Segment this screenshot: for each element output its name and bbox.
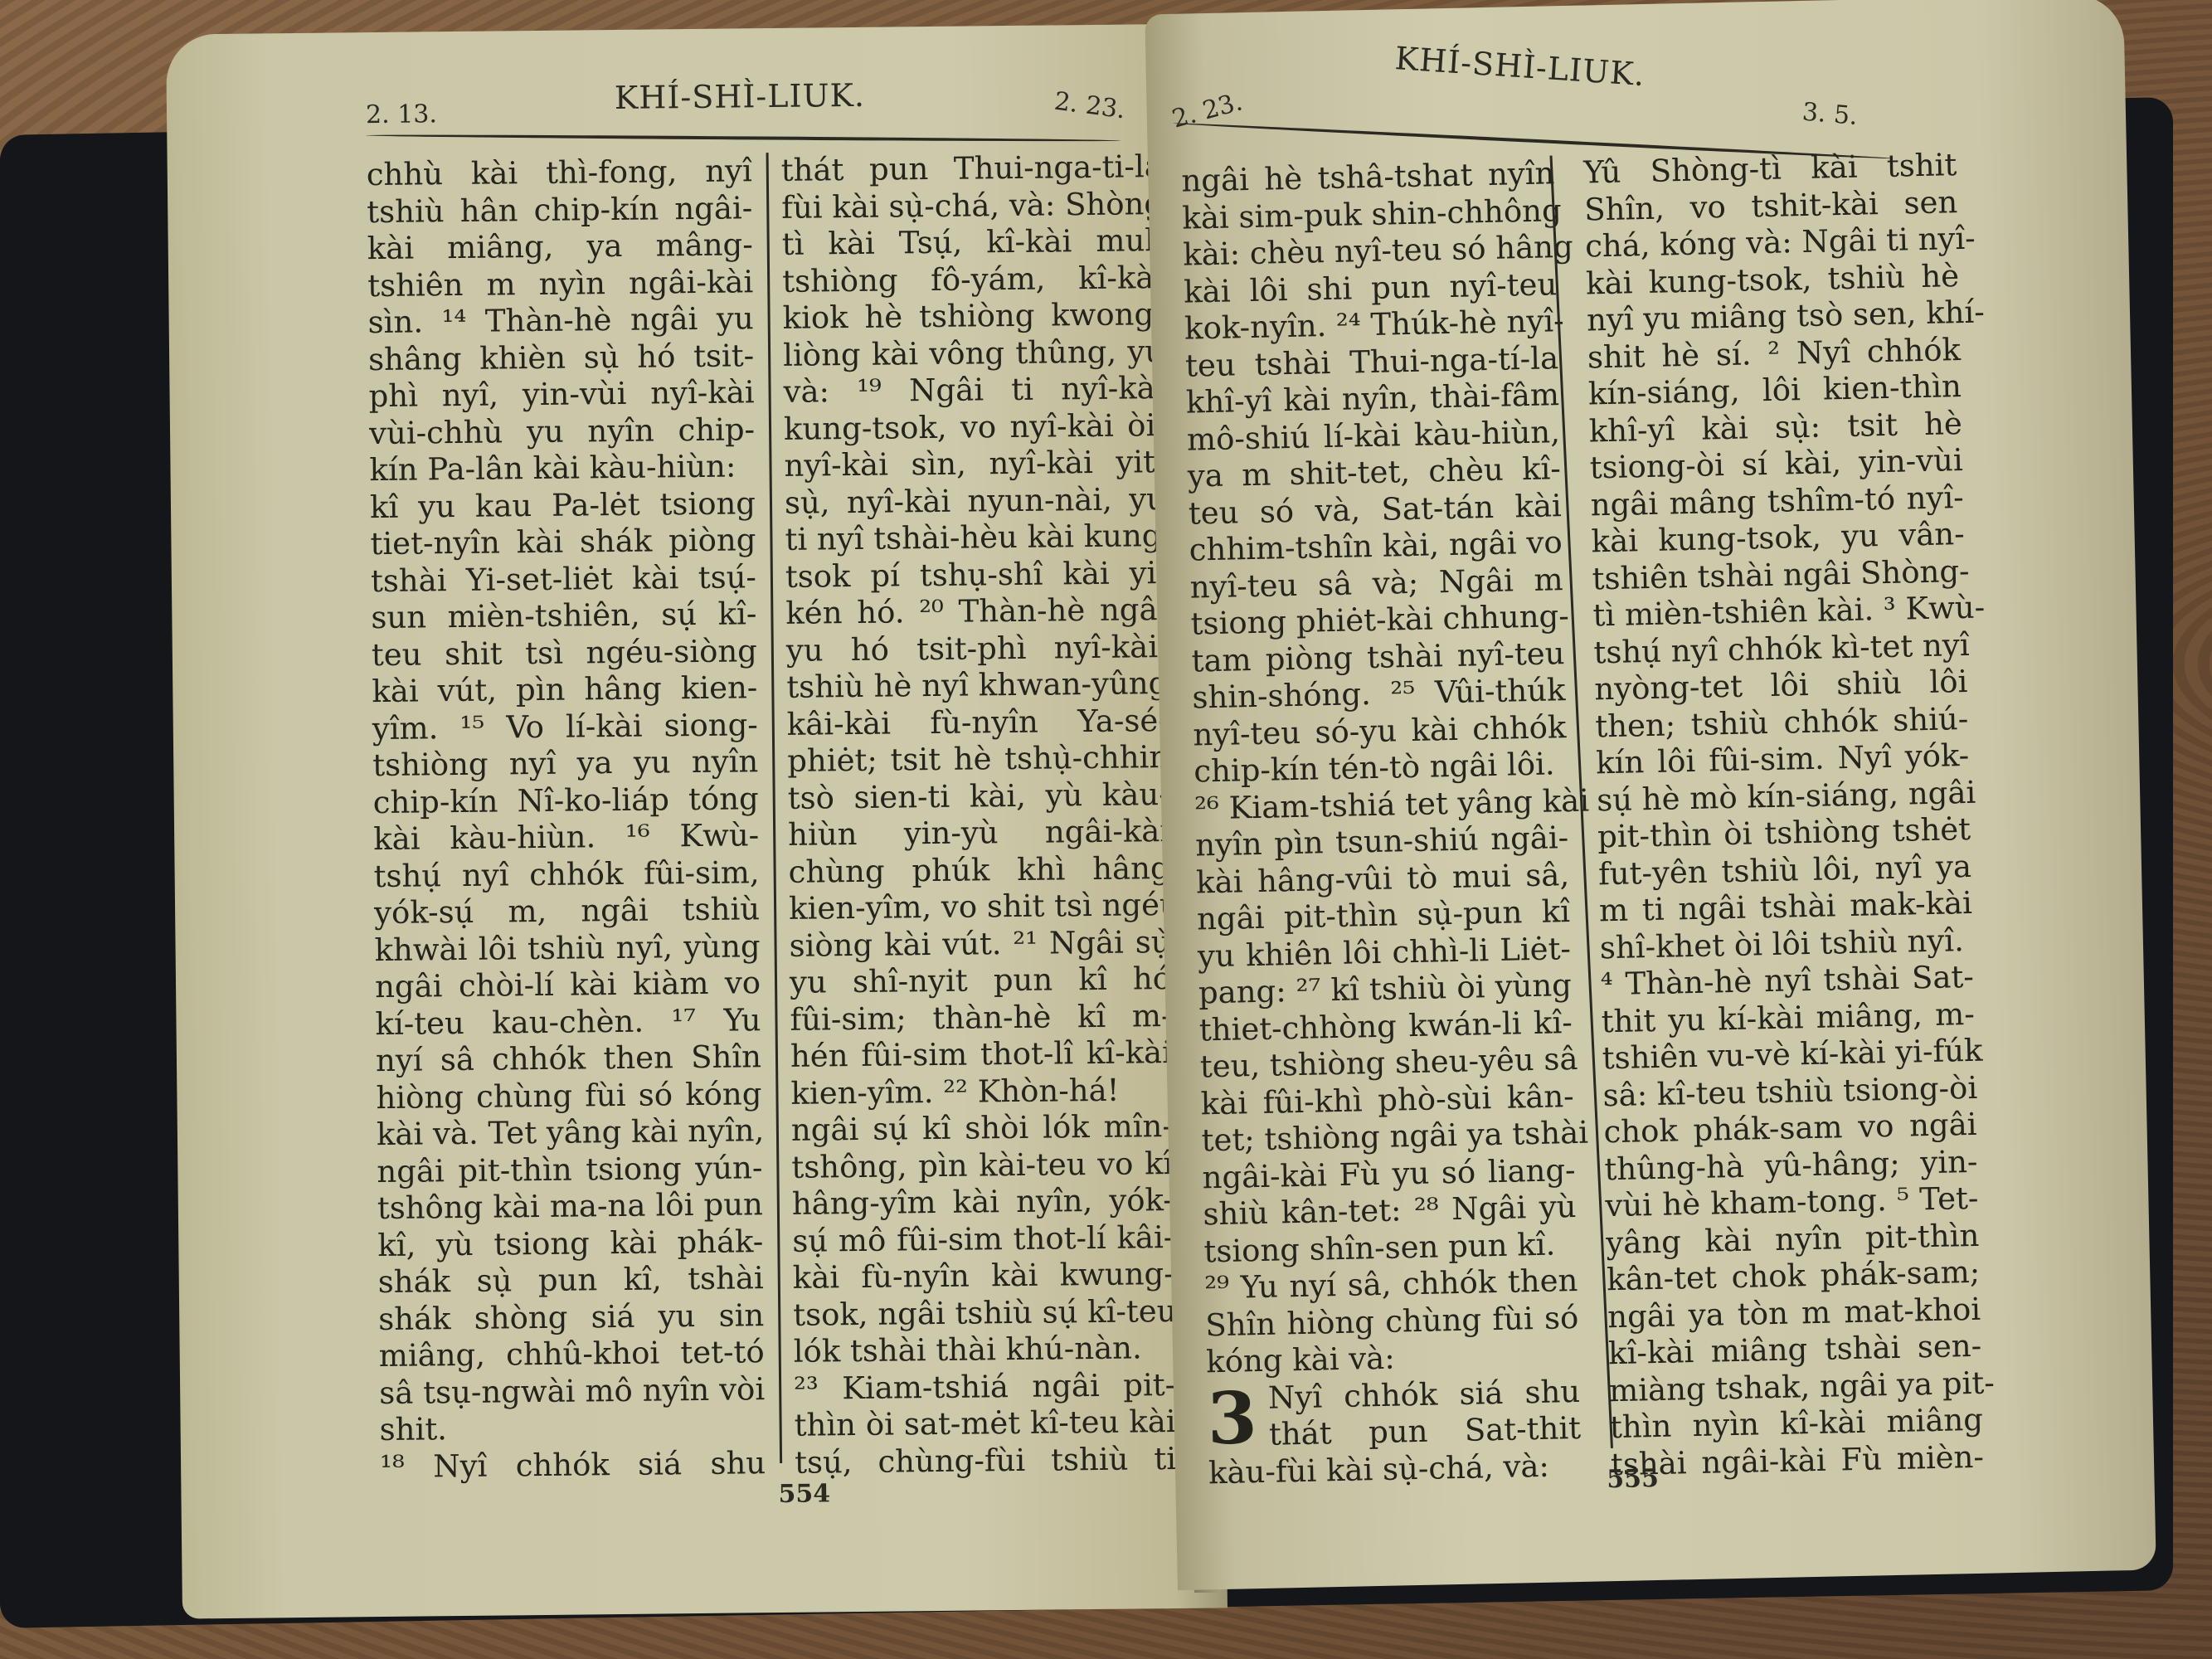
chapter-number: 3 (1207, 1385, 1258, 1452)
right-page-column-1: ngâi hè tshâ-tshat nyînkài sim-puk shin-… (1181, 155, 1582, 1491)
left-page-column-2: thát pun Thui-nga-ti-lafùi kài sụ̀-chá, … (781, 148, 1177, 1481)
text-line: phiėt; tsit hè tshụ̀-chhin (787, 739, 1169, 780)
text-line: tiet-nyîn kài shák piòng (370, 522, 756, 562)
left-page-column-1: chhù kài thì-fong, nyîtshiù hân chip-kín… (367, 153, 766, 1486)
text-line: kài fù-nyîn kài kwung- (793, 1256, 1174, 1297)
text-line: kî yu kau Pa-lėt tsiong (370, 485, 756, 526)
text-line: vùi-chhù yu nyîn chip- (369, 411, 755, 452)
text-line: sụ́ mô fûi-sim thot-lí kâi- (792, 1219, 1174, 1260)
running-title-left: KHÍ-SHÌ-LIUK. (615, 77, 866, 116)
text-line: kung-tsok, vo nyî-kài òi, (784, 407, 1165, 448)
text-line: kí-teu kau-chèn. ¹⁷ Yu (375, 1002, 761, 1043)
text-line: yu hó tsit-phì nyî-kài, (786, 629, 1168, 669)
left-page-ref-end: 2. 23. (1053, 87, 1127, 125)
text-line: shák sụ̀ pun kî, tshài (378, 1260, 764, 1301)
text-line: tshiù hân chip-kín ngâi- (367, 190, 752, 231)
text-line: kài và. Tet yâng kài nyîn, (377, 1112, 762, 1153)
text-line: hiòng chùng fùi só kóng (376, 1076, 761, 1117)
text-line: hiùn yin-yù ngâi-kài (788, 813, 1169, 854)
text-line: kài miâng, ya mâng- (367, 226, 753, 267)
text-line: tshụ́ nyî chhók fûi-sim, (373, 854, 759, 895)
text-line: chip-kín Nî-ko-liáp tóng (373, 781, 759, 821)
text-line: ngâi sụ́ kî shòi lók mîn- (791, 1108, 1173, 1149)
text-line: kien-yîm. ²² Khòn-há! (790, 1072, 1172, 1112)
text-line: sìn. ¹⁴ Thàn-hè ngâi yu (367, 300, 753, 341)
header-rule (366, 134, 1121, 142)
text-line: tshiù hè nyî khwan-yûng (786, 665, 1168, 706)
text-line: và: ¹⁹ Ngâi ti nyî-kài (783, 370, 1164, 411)
text-line: ¹⁸ Nyî chhók siá shu (380, 1445, 766, 1486)
right-page-header: 2. 23. KHÍ-SHÌ-LIUK. 3. 5. (1145, 0, 2125, 114)
text-line: tshiên m nyìn ngâi-kài (367, 264, 753, 304)
text-line: kài kàu-hiùn. ¹⁶ Kwù- (373, 817, 759, 858)
text-line: tshài ngâi-kài Fù mièn- (1611, 1438, 1985, 1483)
text-line: shák shòng siá yu sin (378, 1297, 764, 1338)
text-line: tshài Yi-set-liėt kài tsụ́- (371, 559, 756, 600)
text-line: hâng-yîm kài nyîn, yók- (792, 1182, 1174, 1223)
text-line: tshiòng nyî ya yu nyîn (372, 743, 758, 784)
text-line: tsụ́, chùng-fùi tshiù ti (795, 1440, 1176, 1481)
text-line: thìn òi sat-mėt kî-teu kài (794, 1404, 1175, 1444)
text-line: khwài lôi tshiù nyî, yùng (374, 928, 760, 969)
text-line: nyí sâ chhók then Shîn (376, 1039, 761, 1079)
text-line: tsok pí tshụ-shî kài yi- (785, 555, 1167, 596)
text-line: phì nyî, yin-vùi nyî-kài (368, 374, 754, 415)
running-title-right: KHÍ-SHÌ-LIUK. (1394, 40, 1646, 93)
text-line: fûi-sim; thàn-hè kî m- (790, 998, 1171, 1039)
text-line: lók tshài thài khú-nàn. (793, 1330, 1174, 1370)
text-line: yîm. ¹⁵ Vo lí-kài siong- (372, 707, 758, 747)
text-line: ngâi chòi-lí kài kiàm vo (375, 965, 761, 1005)
text-line: tshông kài ma-na lôi pun (377, 1186, 763, 1227)
left-page: 2. 13. KHÍ-SHÌ-LIUK. 2. 23. chhù kài thì… (166, 23, 1228, 1618)
text-line: kî, yù tsiong kài phák- (377, 1224, 763, 1264)
left-page-ref-start: 2. 13. (366, 100, 437, 129)
text-line: kín Pa-lân kài kàu-hiùn: (369, 448, 755, 489)
chapter-start: 3Nyî chhók siá shuthát pun Sat-thitkàu-f… (1207, 1373, 1582, 1491)
text-line: ²³ Kiam-tshiá ngâi pit- (794, 1366, 1175, 1407)
text-line: shit. (379, 1408, 765, 1448)
text-line: sâ tsụ-ngwài mô nyîn vòi (379, 1371, 765, 1412)
text-line: kài vút, pìn hâng kien- (372, 669, 757, 710)
text-line: shâng khièn sụ̀ hó tsit- (368, 338, 754, 378)
text-line: hén fûi-sim thot-lî kî-kài (790, 1034, 1172, 1075)
right-page-column-2: Yû Shòng-tì kài tshitShîn, vo tshit-kài … (1583, 147, 1984, 1483)
text-line: Shîn hiòng chùng fùi só (1205, 1299, 1579, 1344)
text-line: tshiòng fô-yám, kî-kài (782, 260, 1164, 300)
text-line: yók-sụ́ m, ngâi tshiù (374, 891, 760, 932)
left-page-header: 2. 13. KHÍ-SHÌ-LIUK. 2. 23. (166, 23, 1212, 134)
text-line: yu shî-nyit pun kî hó (790, 961, 1171, 1001)
text-line: nyî-kài sìn, nyî-kài yit- (784, 444, 1165, 484)
text-line: miâng, chhû-khoi tet-tó (379, 1334, 765, 1374)
text-line: tì kài Tsụ́, kî-kài muk (781, 222, 1163, 263)
text-line: ti nyî tshài-hèu kài kung- (785, 518, 1166, 558)
text-line: tsok, ngâi tshiù sụ́ kî-teu (793, 1292, 1174, 1333)
text-line: kiok hè tshiòng kwong- (782, 296, 1164, 337)
text-line: tsò sien-ti kài, yù kàu- (787, 776, 1169, 817)
right-page: 2. 23. KHÍ-SHÌ-LIUK. 3. 5. ngâi hè tshâ-… (1145, 0, 2156, 1590)
text-line: kén hó. ²⁰ Thàn-hè ngâi (785, 591, 1167, 632)
text-line: fùi kài sụ̀-chá, và: Shòng- (781, 186, 1163, 226)
text-line: liòng kài vông thûng, yu (783, 333, 1164, 374)
text-line: teu shit tsì ngéu-siòng (372, 633, 757, 674)
text-line: ngâi pit-thìn tsiong yún- (377, 1150, 762, 1190)
text-line: siòng kài vút. ²¹ Ngâi sụ̀ (789, 924, 1170, 965)
text-line: kâi-kài fù-nyîn Ya-sé- (787, 703, 1169, 743)
page-number-right: 555 (1607, 1464, 1659, 1494)
column-divider (766, 153, 783, 1463)
text-line: sụ̀, nyî-kài nyun-nài, yu (785, 481, 1166, 522)
right-page-ref-end: 3. 5. (1801, 98, 1859, 131)
text-line: chhù kài thì-fong, nyî (367, 153, 752, 193)
text-line: sun mièn-tshiên, sụ́ kî- (371, 596, 756, 636)
text-line: kien-yîm, vo shit tsì ngéu- (789, 887, 1170, 927)
text-line: chùng phúk khì hâng (788, 850, 1169, 891)
text-line: thát pun Thui-nga-ti-la (781, 148, 1163, 189)
text-line: kàu-fùi kài sụ̀-chá, và: (1208, 1447, 1582, 1491)
page-number-left: 554 (778, 1479, 830, 1509)
text-line: tshông, pìn kài-teu vo kî (791, 1146, 1173, 1186)
